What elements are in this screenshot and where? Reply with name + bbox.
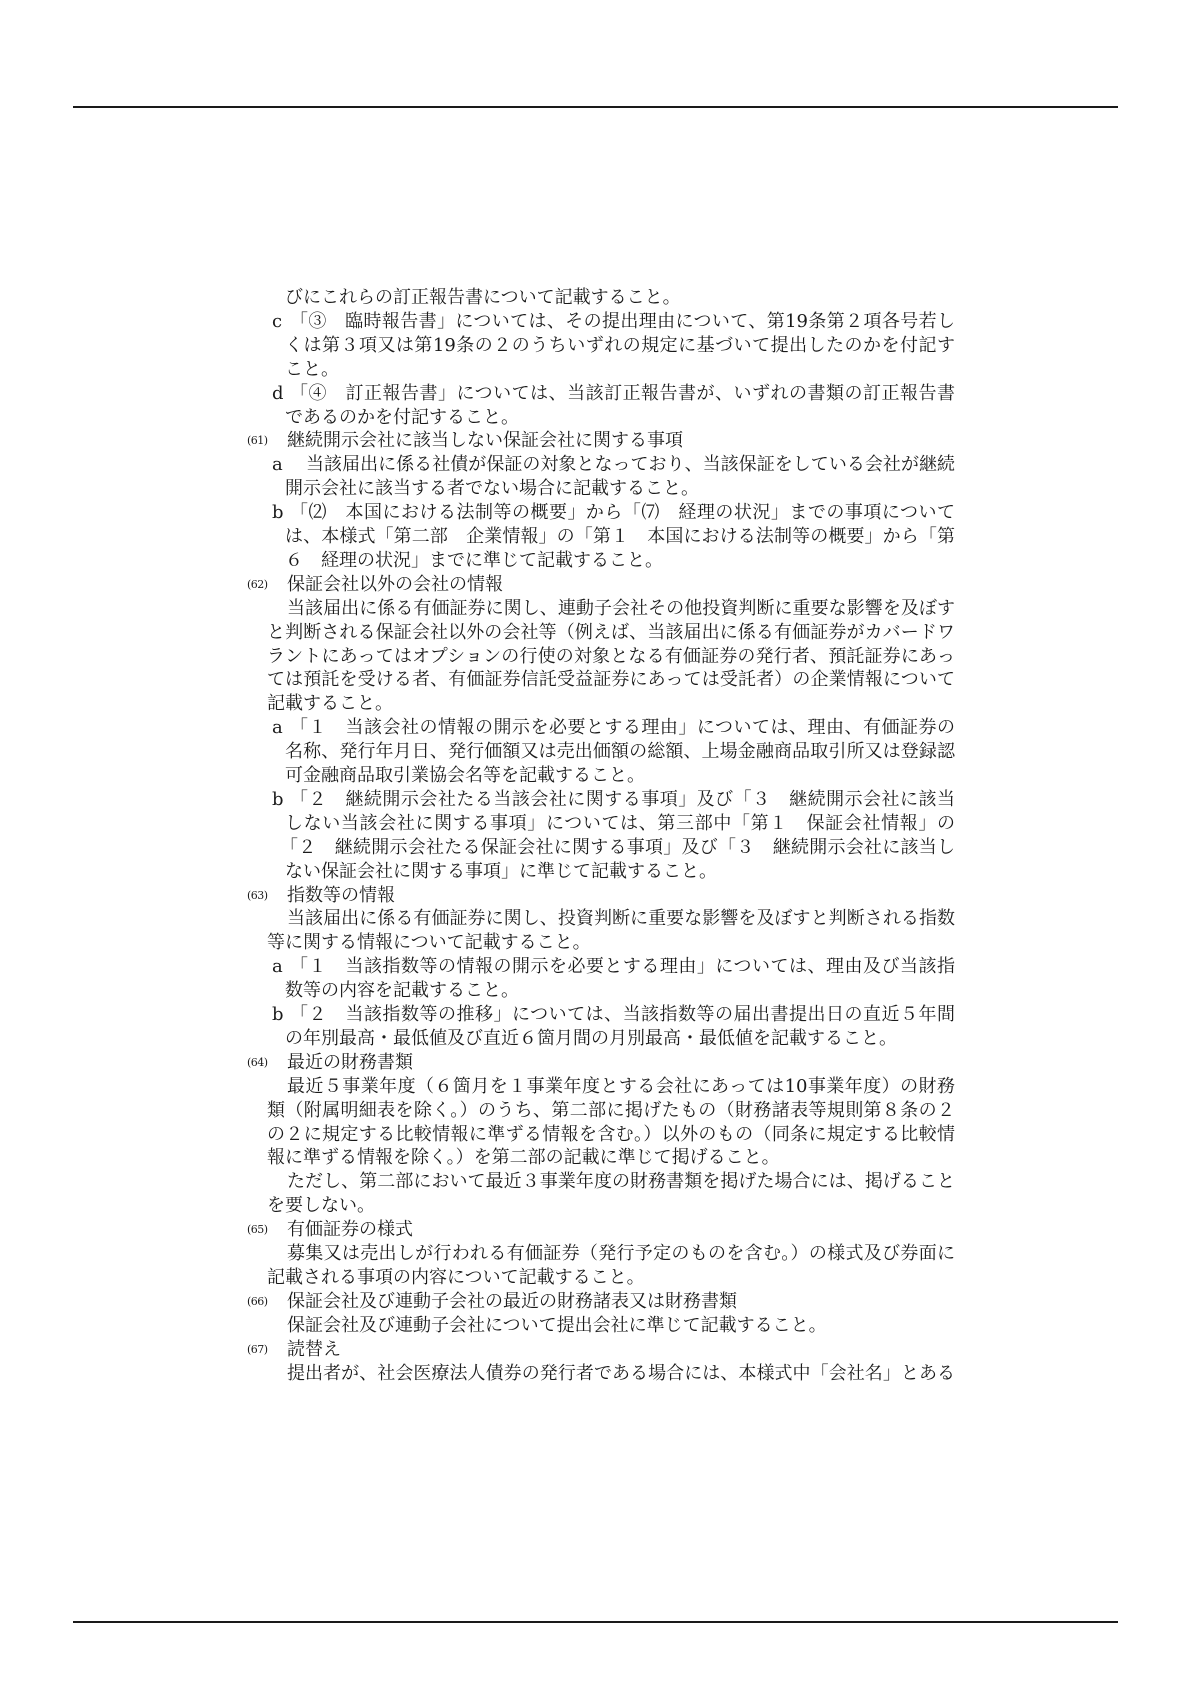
- document-line: の２に規定する比較情報に準ずる情報を含む。）以外のもの（同条に規定する比較情: [0, 1123, 1192, 1147]
- document-line: 最近５事業年度（６箇月を１事業年度とする会社にあっては10事業年度）の財務書: [0, 1075, 1192, 1099]
- item-letter: d: [272, 382, 284, 406]
- document-line-item: (63)指数等の情報: [0, 884, 1192, 908]
- line-text: びにこれらの訂正報告書について記載すること。: [285, 286, 681, 310]
- line-text: ラントにあってはオプションの行使の対象となる有価証券の発行者、預託証券にあっ: [267, 645, 955, 669]
- document-line: ただし、第二部において最近３事業年度の財務書類を掲げた場合には、掲げること: [0, 1170, 1192, 1194]
- line-text: 開示会社に該当する者でない場合に記載すること。: [285, 477, 699, 501]
- document-line: 記載される事項の内容について記載すること。: [0, 1266, 1192, 1290]
- section-number: (64): [247, 1051, 268, 1075]
- document-line: ない保証会社に関する事項」に準じて記載すること。: [0, 860, 1192, 884]
- line-text: 記載される事項の内容について記載すること。: [267, 1266, 645, 1290]
- line-text: 可金融商品取引業協会名等を記載すること。: [285, 764, 645, 788]
- section-number: (62): [247, 573, 268, 597]
- line-text: を要しない。: [267, 1194, 375, 1218]
- document-line-item: b「２ 継続開示会社たる当該会社に関する事項」及び「３ 継続開示会社に該当: [0, 788, 1192, 812]
- line-text: くは第３項又は第19条の２のうちいずれの規定に基づいて提出したのかを付記する: [285, 334, 955, 358]
- line-text: こと。: [285, 358, 339, 382]
- document-line: 当該届出に係る有価証券に関し、連動子会社その他投資判断に重要な影響を及ぼす: [0, 597, 1192, 621]
- document-line: と判断される保証会社以外の会社等（例えば、当該届出に係る有価証券がカバードワ: [0, 621, 1192, 645]
- document-line: びにこれらの訂正報告書について記載すること。: [0, 286, 1192, 310]
- line-text: 保証会社及び連動子会社の最近の財務諸表又は財務書類: [287, 1290, 737, 1314]
- document-line-item: (66)保証会社及び連動子会社の最近の財務諸表又は財務書類: [0, 1290, 1192, 1314]
- document-line-item: (62)保証会社以外の会社の情報: [0, 573, 1192, 597]
- document-line-item: (61)継続開示会社に該当しない保証会社に関する事項: [0, 429, 1192, 453]
- document-line: 保証会社及び連動子会社について提出会社に準じて記載すること。: [0, 1314, 1192, 1338]
- line-text: 類（附属明細表を除く。）のうち、第二部に掲げたもの（財務諸表等規則第８条の２: [267, 1099, 955, 1123]
- document-line: しない当該会社に関する事項」については、第三部中「第１ 保証会社情報」の: [0, 812, 1192, 836]
- line-text: と判断される保証会社以外の会社等（例えば、当該届出に係る有価証券がカバードワ: [267, 621, 955, 645]
- document-line: 当該届出に係る有価証券に関し、投資判断に重要な影響を及ぼすと判断される指数: [0, 907, 1192, 931]
- line-text: 等に関する情報について記載すること。: [267, 931, 591, 955]
- line-text: 「③ 臨時報告書」については、その提出理由について、第19条第２項各号若し: [290, 310, 955, 334]
- item-letter: c: [272, 310, 282, 334]
- line-text: 当該届出に係る社債が保証の対象となっており、当該保証をしている会社が継続: [306, 453, 955, 477]
- document-line: は、本様式「第二部 企業情報」の「第１ 本国における法制等の概要」から「第: [0, 525, 1192, 549]
- document-line: を要しない。: [0, 1194, 1192, 1218]
- header-rule: [73, 106, 1118, 108]
- line-text: 保証会社以外の会社の情報: [287, 573, 503, 597]
- document-line: 報に準ずる情報を除く。）を第二部の記載に準じて掲げること。: [0, 1146, 1192, 1170]
- line-text: の年別最高・最低値及び直近６箇月間の月別最高・最低値を記載すること。: [285, 1027, 897, 1051]
- line-text: 名称、発行年月日、発行価額又は売出価額の総額、上場金融商品取引所又は登録認: [285, 740, 955, 764]
- document-line: であるのかを付記すること。: [0, 406, 1192, 430]
- document-line-item: (67)読替え: [0, 1338, 1192, 1362]
- document-line-item: b「２ 当該指数等の推移」については、当該指数等の届出書提出日の直近５年間: [0, 1003, 1192, 1027]
- item-letter: a: [272, 716, 283, 740]
- line-text: 募集又は売出しが行われる有価証券（発行予定のものを含む。）の様式及び券面に: [287, 1242, 955, 1266]
- line-text: 最近の財務書類: [287, 1051, 413, 1075]
- document-line: こと。: [0, 358, 1192, 382]
- item-letter: a: [272, 955, 283, 979]
- document-line: 募集又は売出しが行われる有価証券（発行予定のものを含む。）の様式及び券面に: [0, 1242, 1192, 1266]
- line-text: 読替え: [287, 1338, 341, 1362]
- line-text: 最近５事業年度（６箇月を１事業年度とする会社にあっては10事業年度）の財務書: [287, 1075, 955, 1099]
- document-line: の年別最高・最低値及び直近６箇月間の月別最高・最低値を記載すること。: [0, 1027, 1192, 1051]
- document-line-item: b「⑵ 本国における法制等の概要」から「⑺ 経理の状況」までの事項について: [0, 501, 1192, 525]
- document-line-item: (64)最近の財務書類: [0, 1051, 1192, 1075]
- line-text: 「２ 当該指数等の推移」については、当該指数等の届出書提出日の直近５年間: [290, 1003, 955, 1027]
- line-text: 「⑵ 本国における法制等の概要」から「⑺ 経理の状況」までの事項について: [290, 501, 955, 525]
- document-line: 類（附属明細表を除く。）のうち、第二部に掲げたもの（財務諸表等規則第８条の２: [0, 1099, 1192, 1123]
- line-text: 「２ 継続開示会社たる保証会社に関する事項」及び「３ 継続開示会社に該当し: [280, 836, 955, 860]
- section-number: (61): [247, 429, 268, 453]
- section-number: (65): [247, 1218, 268, 1242]
- item-letter: b: [272, 788, 284, 812]
- document-line: 名称、発行年月日、発行価額又は売出価額の総額、上場金融商品取引所又は登録認: [0, 740, 1192, 764]
- line-text: 指数等の情報: [287, 884, 395, 908]
- line-text: 「④ 訂正報告書」については、当該訂正報告書が、いずれの書類の訂正報告書: [290, 382, 955, 406]
- document-line: 可金融商品取引業協会名等を記載すること。: [0, 764, 1192, 788]
- section-number: (63): [247, 884, 268, 908]
- line-text: 提出者が、社会医療法人債券の発行者である場合には、本様式中「会社名」とある: [287, 1362, 955, 1386]
- line-text: 数等の内容を記載すること。: [285, 979, 519, 1003]
- line-text: ただし、第二部において最近３事業年度の財務書類を掲げた場合には、掲げること: [287, 1170, 955, 1194]
- document-line: 「２ 継続開示会社たる保証会社に関する事項」及び「３ 継続開示会社に該当し: [0, 836, 1192, 860]
- item-letter: a: [272, 453, 283, 477]
- line-text: ては預託を受ける者、有価証券信託受益証券にあっては受託者）の企業情報について: [267, 668, 955, 692]
- line-text: ６ 経理の状況」までに準じて記載すること。: [285, 549, 663, 573]
- line-text: 記載すること。: [267, 692, 393, 716]
- document-line-item: (65)有価証券の様式: [0, 1218, 1192, 1242]
- line-text: 報に準ずる情報を除く。）を第二部の記載に準じて掲げること。: [267, 1146, 780, 1170]
- footer-rule: [73, 1621, 1118, 1623]
- document-line: 記載すること。: [0, 692, 1192, 716]
- line-text: 保証会社及び連動子会社について提出会社に準じて記載すること。: [287, 1314, 827, 1338]
- document-line: ラントにあってはオプションの行使の対象となる有価証券の発行者、預託証券にあっ: [0, 645, 1192, 669]
- line-text: しない当該会社に関する事項」については、第三部中「第１ 保証会社情報」の: [285, 812, 955, 836]
- document-line-item: a「１ 当該指数等の情報の開示を必要とする理由」については、理由及び当該指: [0, 955, 1192, 979]
- document-line-item: a「１ 当該会社の情報の開示を必要とする理由」については、理由、有価証券の: [0, 716, 1192, 740]
- line-text: 「２ 継続開示会社たる当該会社に関する事項」及び「３ 継続開示会社に該当: [290, 788, 955, 812]
- document-line: ６ 経理の状況」までに準じて記載すること。: [0, 549, 1192, 573]
- line-text: ない保証会社に関する事項」に準じて記載すること。: [285, 860, 717, 884]
- document-line-item: a当該届出に係る社債が保証の対象となっており、当該保証をしている会社が継続: [0, 453, 1192, 477]
- section-number: (67): [247, 1338, 268, 1362]
- document-line-item: d「④ 訂正報告書」については、当該訂正報告書が、いずれの書類の訂正報告書: [0, 382, 1192, 406]
- document-line: 数等の内容を記載すること。: [0, 979, 1192, 1003]
- document-line-item: c「③ 臨時報告書」については、その提出理由について、第19条第２項各号若し: [0, 310, 1192, 334]
- document-line: 等に関する情報について記載すること。: [0, 931, 1192, 955]
- line-text: の２に規定する比較情報に準ずる情報を含む。）以外のもの（同条に規定する比較情: [267, 1123, 955, 1147]
- line-text: 当該届出に係る有価証券に関し、投資判断に重要な影響を及ぼすと判断される指数: [287, 907, 955, 931]
- document-line: ては預託を受ける者、有価証券信託受益証券にあっては受託者）の企業情報について: [0, 668, 1192, 692]
- line-text: 継続開示会社に該当しない保証会社に関する事項: [287, 429, 683, 453]
- document-line: 開示会社に該当する者でない場合に記載すること。: [0, 477, 1192, 501]
- line-text: 有価証券の様式: [287, 1218, 413, 1242]
- line-text: 「１ 当該指数等の情報の開示を必要とする理由」については、理由及び当該指: [290, 955, 955, 979]
- line-text: であるのかを付記すること。: [285, 406, 519, 430]
- line-text: 当該届出に係る有価証券に関し、連動子会社その他投資判断に重要な影響を及ぼす: [287, 597, 955, 621]
- line-text: 「１ 当該会社の情報の開示を必要とする理由」については、理由、有価証券の: [290, 716, 955, 740]
- line-text: は、本様式「第二部 企業情報」の「第１ 本国における法制等の概要」から「第: [285, 525, 955, 549]
- item-letter: b: [272, 501, 284, 525]
- section-number: (66): [247, 1290, 268, 1314]
- document-line: くは第３項又は第19条の２のうちいずれの規定に基づいて提出したのかを付記する: [0, 334, 1192, 358]
- document-line: 提出者が、社会医療法人債券の発行者である場合には、本様式中「会社名」とある: [0, 1362, 1192, 1386]
- item-letter: b: [272, 1003, 284, 1027]
